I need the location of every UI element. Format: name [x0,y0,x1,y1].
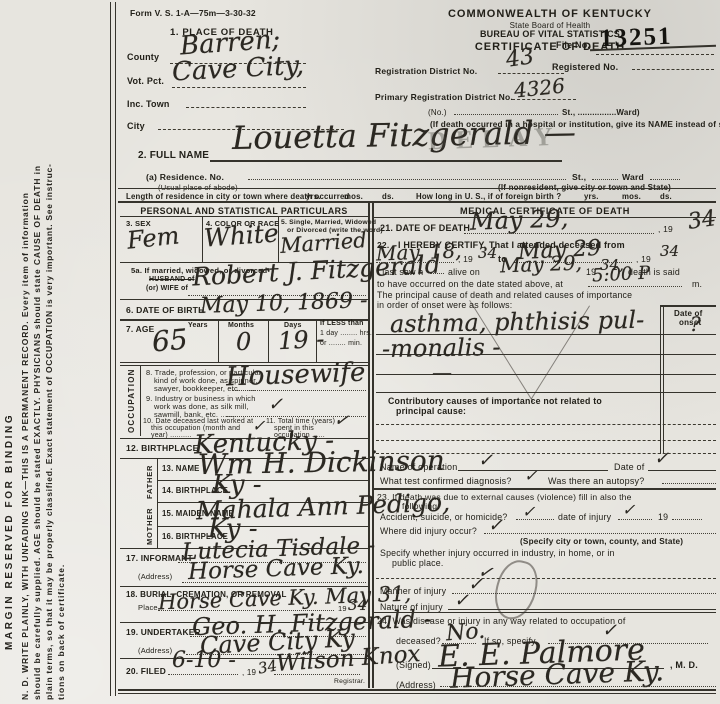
rule [376,440,716,441]
rule [376,262,454,263]
occupation-related-text: 24. Was disease or injury in any way rel… [377,616,626,626]
if-less-label2: 1 day ........ hrs. [320,330,372,337]
specify-injury-text2: public place. [392,558,444,568]
to-year-handwriting: 34 [660,242,679,260]
where-injury-label: Where did injury occur? [380,526,477,536]
rule [182,582,366,583]
rule [118,201,716,203]
if-less-label3: or ........ min. [320,340,362,347]
where-injury-note: (Specify city or town, county, and State… [520,537,683,546]
rule [118,188,716,189]
rule [374,488,716,490]
date-of-birth-label: 6. DATE OF BIRTH [126,305,204,315]
rule [660,305,661,454]
rule [210,160,562,162]
rule [440,686,716,687]
yrs-label: yrs. [584,192,599,201]
rule [186,107,306,108]
nature-check-handwriting: ✓ [454,590,469,611]
cause-of-death-line2-handwriting: -monalis - [382,333,501,363]
rule [118,693,716,694]
rule [672,519,702,520]
registration-district-value-handwriting: 43 [504,44,535,73]
rule [516,519,554,520]
rule [374,612,716,613]
rule [172,87,306,88]
age-years-handwriting: 65 [151,323,189,359]
pen-flourish-loop [489,556,542,624]
father-name-label: 13. NAME [162,464,200,473]
from-year-prefix: , 19 [458,254,473,264]
margin-note-line3: plain terms, so that it may be properly … [44,164,54,701]
total-time-check-handwriting: ✓ [333,409,351,432]
last-saw-text-a: I last saw h [377,267,423,277]
last-saw-date-handwriting: May 29, [500,251,583,278]
date-of-death-handwriting: May 29, [470,204,569,235]
test-confirmed-label: What test confirmed diagnosis? [380,476,512,486]
contributory-text2: principal cause: [396,406,466,416]
occupation-side-label: OCCUPATION [127,368,136,433]
injury-date-check-handwriting: ✓ [622,500,635,519]
rule [596,54,714,55]
operation-label: Name of operation [380,462,457,472]
years-label: Years [188,322,208,329]
rule [248,179,566,180]
manner-check-handwriting: ✓ [468,574,483,595]
rule [663,305,664,454]
residence-label: (a) Residence. No. [146,172,224,182]
date-of-birth-handwriting: May 10, 1869 - [200,288,368,319]
registrar-label: Registrar. [334,678,365,685]
how-long-us-label: How long in U. S., if of foreign birth ? [416,192,561,201]
contributory-text1: Contributory causes of importance not re… [388,396,602,406]
sex-value-handwriting: Fem [126,221,181,254]
onset-value-handwriting: ? [690,312,701,336]
wife-of-label: (or) WIFE of [146,285,188,292]
filed-year-prefix: , 19 [242,668,256,677]
husband-of-label: HUSBAND of [149,276,195,283]
margin-note-line1: N. D. WRITE PLAINLY, WITH UNFADING INK—T… [20,192,30,700]
principal-cause-text1: The principal cause of death and related… [377,290,632,300]
deceased-label: deceased? [396,636,441,646]
physician-address-label: (Address) [396,680,436,690]
date-of-death-label: 21. DATE OF DEATH [380,223,470,233]
residence-ward-label: Ward [622,172,644,182]
nature-of-injury-label: Nature of injury [380,602,443,612]
rule [140,365,141,436]
registration-district-label: Registration District No. [375,66,477,76]
mother-side-label: MOTHER [145,508,154,545]
rule [648,470,716,471]
operation-check-handwriting: ✓ [478,450,493,471]
rule [618,519,652,520]
last-saw-text-b: alive on [448,267,480,277]
autopsy-label: Was there an autopsy? [548,476,644,486]
rule [588,286,682,287]
city-label: City [127,121,145,131]
margin-binding-text: MARGIN RESERVED FOR BINDING [4,413,15,650]
informant-address-label: (Address) [138,572,172,581]
father-side-label: FATHER [145,465,154,499]
signed-label: (Signed) [396,660,431,670]
primary-district-label: Primary Registration District No. [375,92,513,102]
filed-label: 20. FILED [126,666,166,676]
if-less-label1: If LESS than [320,320,364,327]
test-check-handwriting: ✓ [524,466,537,485]
industry-check-handwriting: ✓ [268,394,283,415]
filed-date-handwriting: 6-10 - [172,648,236,673]
undertaker-address-label: (Address) [138,646,172,655]
injury-date-label: date of injury [558,512,611,522]
registered-no-label: Registered No. [552,62,618,72]
rule [592,179,618,180]
form-number: Form V. S. 1-A—75m—3-30-32 [130,8,256,18]
commonwealth-heading: COMMONWEALTH OF KENTUCKY [385,8,715,20]
burial-place-label: Place [138,603,158,612]
occurred-m-text: m. [692,279,702,289]
margin-note-line2: should be carefully supplied. AGE should… [32,165,42,700]
rule [120,216,368,217]
rule [660,305,716,307]
binding-double-rule [110,2,116,696]
rule [448,609,716,610]
total-time-q11-line1: 11. Total time (years) [266,418,335,425]
age-days-handwriting: 19 - [277,325,325,355]
rule [632,69,714,70]
rule [376,424,716,425]
residence-st-label: St., [572,172,586,182]
occupation-value-handwriting: Housewife [226,358,366,393]
rule [268,320,269,362]
rule [376,578,716,579]
inc-town-label: Inc. Town [127,99,170,109]
rule [650,179,680,180]
ds-label: ds. [382,192,394,201]
injury-year-prefix: 19 [658,512,668,522]
age-months-handwriting: 0 [236,328,251,356]
death-year-prefix: , 19 [658,224,673,234]
rule [452,593,716,594]
margin-note-line4: tions on back of certificate. [56,564,66,700]
external-causes-text2: following: [402,501,440,511]
time-of-death-handwriting: 5:00 P [591,262,650,286]
rule [484,533,716,534]
manner-of-injury-label: Manner of injury [380,586,446,596]
rule [168,674,238,675]
operation-date-check-handwriting: ✓ [654,448,669,469]
file-no-label: File No. [556,40,590,50]
race-value-handwriting: White [203,218,279,252]
occurred-text: to have occurred on the date stated abov… [377,279,563,289]
birthplace-label: 12. BIRTHPLACE [126,443,199,453]
delay-stamp: DELAY [428,122,563,157]
rule [157,480,368,481]
rule [464,233,654,234]
mos-label: mos. [622,192,641,201]
rule [218,320,219,362]
rule [157,458,158,548]
rule [512,99,576,100]
full-name-label: 2. FULL NAME [138,150,209,161]
death-year-handwriting: 34 [686,206,717,235]
specify-injury-text1: Specify whether injury occurred in indus… [380,548,615,558]
cause-dash-mark-handwriting: — [432,360,452,384]
informant-address-handwriting: Horse Cave Ky. [188,553,365,585]
last-worked-q10-line1: 10. Date deceased last worked at [143,418,253,425]
mos-label: mos. [344,192,363,201]
md-label: , M. D. [670,660,698,670]
county-label: County [127,52,159,62]
death-certificate-scan: MARGIN RESERVED FOR BINDING N. D. WRITE … [0,0,720,704]
yrs-label: yrs. [306,192,321,201]
rule [662,483,716,484]
rule [157,526,368,527]
voting-precinct-value-handwriting: Cave City, [171,51,304,88]
personal-section-title: PERSONAL AND STATISTICAL PARTICULARS [120,206,368,216]
ds-label: ds. [660,192,672,201]
rule [232,390,366,391]
from-year-handwriting: 34 [478,244,497,262]
marital-label: 5. Single, Married, Widowed [281,219,376,226]
rule [430,273,444,274]
rule [376,392,716,393]
voting-precinct-label: Vot. Pct. [127,76,164,86]
operation-date-label: Date of [614,462,644,472]
